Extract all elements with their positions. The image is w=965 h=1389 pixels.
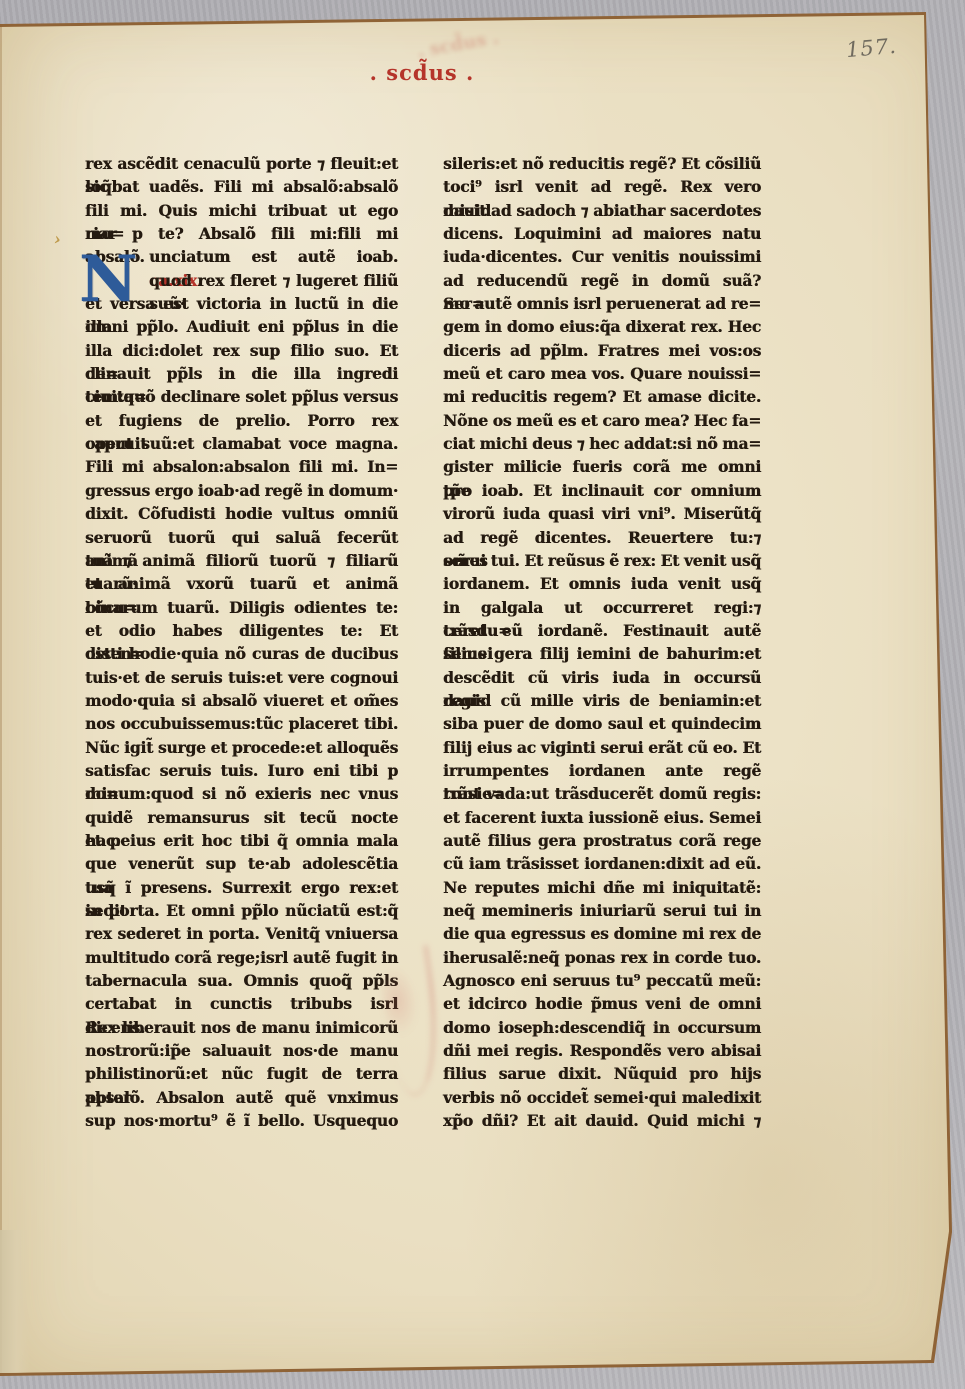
text-line: autẽ filius gera prostratus corã rege	[443, 829, 761, 852]
text-line: in galgala ut occurreret regi:⁊ trãsdu=	[443, 596, 761, 619]
text-line: minum:quod si nõ exieris nec vnus	[85, 782, 398, 805]
text-line: modo·quia si absalõ viueret et om̃es	[85, 689, 398, 712]
text-line: tabernacula sua. Omnis quoq̃ pp̃ls	[85, 969, 398, 992]
text-line: Agnosco eni seruus tu⁹ peccatũ meũ:	[443, 969, 761, 992]
text-line: seruorũ tuorũ qui saluã fecerũt animã	[85, 526, 398, 549]
text-line: diceris ad pp̃lm. Fratres mei vos:os	[443, 339, 761, 362]
text-line: pro ioab. Et inclinauit cor omnium	[443, 479, 761, 502]
text-line: et fugiens de prelio. Porro rex operuit	[85, 409, 398, 432]
text-line: usq̃ ĩ presens. Surrexit ergo rex:et sed…	[85, 876, 398, 899]
text-line: cũ iam trãsisset iordanen:dixit ad eũ.	[443, 852, 761, 875]
text-line: et animã vxorũ tuarũ et animã cõcu=	[85, 572, 398, 595]
text-line: toci⁹ isrl venit ad regẽ. Rex vero dauid	[443, 175, 761, 198]
text-line: fili mi. Quis michi tribuat ut ego mo=	[85, 199, 398, 222]
illuminated-initial: N	[79, 238, 143, 334]
text-line: dñi mei regis. Respondẽs vero abisai	[443, 1039, 761, 1062]
text-line: meũ et caro mea vos. Quare nouissi=	[443, 362, 761, 385]
text-line: filius gera filij iemini de bahurim:et	[443, 642, 761, 665]
text-line: domo ioseph:descendiq̃ in occursum	[443, 1016, 761, 1039]
text-line: loq̃bat uadẽs. Fili mi absalõ:absalõ	[85, 175, 398, 198]
text-line: tem:quõ declinare solet pp̃lus versus	[85, 385, 398, 408]
text-line: philistinorũ:et nũc fugit de terra ppter	[85, 1062, 398, 1085]
text-line: multitudo corã rege;isrl autẽ fugit in	[85, 946, 398, 969]
text-line: sup nos·mortu⁹ ẽ ĩ bello. Usquequo	[85, 1109, 398, 1132]
text-line: Fili mi absalon:absalon fili mi. In=	[85, 455, 398, 478]
text-line: satisfac seruis tuis. Iuro eni tibi p do…	[85, 759, 398, 782]
text-line: iuda·dicentes. Cur venitis nouissimi	[443, 245, 761, 268]
text-line: verbis nõ occidet̃ semei·qui maledixit	[443, 1086, 761, 1109]
text-line: illa dici:dolet rex sup filio suo. Et de…	[85, 339, 398, 362]
text-line: nostrorũ:ip̃e saluauit nos·de manu	[85, 1039, 398, 1062]
margin-mark: ›	[52, 230, 63, 251]
text-line: mi reducitis regem? Et amase dicite.	[443, 385, 761, 408]
text-line: rex sederet in porta. Venitq̃ vniuersa	[85, 922, 398, 945]
text-line: xp̃o dñi? Et ait dauid. Quid michi ⁊	[443, 1109, 761, 1132]
text-line: dicens. Loquimini ad maiores natu	[443, 222, 761, 245]
text-line: Ne reputes michi dñe mi iniquitatẽ:	[443, 876, 761, 899]
text-line: filij eius ac viginti serui erãt cũ eo. …	[443, 736, 761, 759]
text-line: runt vada:ut trãsducerẽt domũ regis:	[443, 782, 761, 805]
text-line: ad regẽ dicentes. Reuertere tu:⁊ om̃es	[443, 526, 761, 549]
text-line: mo autẽ omnis isrl peruenerat ad re=	[443, 292, 761, 315]
text-line: dauid cũ mille viris de beniamin:et	[443, 689, 761, 712]
text-line: ceret eũ iordanẽ. Festinauit autẽ semei	[443, 619, 761, 642]
text-line: siba puer de domo saul et quindecim	[443, 712, 761, 735]
text-line: virorũ iuda quasi viri vni⁹. Miserũtq̃	[443, 502, 761, 525]
text-column-left: N rex ascẽdit cenaculũ porte ⁊ fleuit:et…	[85, 152, 398, 1132]
text-line: irrumpentes iordanen ante regẽ trãsie=	[443, 759, 761, 782]
text-line: Rex liberauit nos de manu inimicorũ	[85, 1016, 398, 1039]
text-line: neq̃ memineris iniuriarũ serui tui in	[443, 899, 761, 922]
text-line: ad reducendũ regẽ in domũ suã? Ser=	[443, 269, 761, 292]
text-line: serui tui. Et reũsus ẽ rex: Et venit usq…	[443, 549, 761, 572]
text-line: in porta. Et omni pp̃lo nũciatũ est:q̃	[85, 899, 398, 922]
text-line: disti hodie·quia nõ curas de ducibus	[85, 642, 398, 665]
text-line: et idcirco hodie p̃mus veni de omni	[443, 992, 761, 1015]
text-line: nos occubuissemus:tũc placeret tibi.	[85, 712, 398, 735]
text-line: descẽdit cũ viris iuda in occursũ regis	[443, 666, 761, 689]
text-line: iordanem. Et omnis iuda venit usq̃	[443, 572, 761, 595]
manuscript-page: . scd̃us . . scd̃us . 157. › N rex ascẽd…	[0, 0, 965, 1389]
text-line: gressus ergo ioab·ad regẽ in domum·	[85, 479, 398, 502]
text-column-right: sileris:et nõ reducitis regẽ? Et cõsiliũ…	[443, 152, 761, 1132]
text-line: tuã ⁊ animã filiorũ tuorũ ⁊ filiarũ tuar…	[85, 549, 398, 572]
text-line: iherusalẽ:neq̃ ponas rex in corde tuo.	[443, 946, 761, 969]
running-title: . scd̃us .	[362, 60, 482, 85]
gutter-curl	[0, 1230, 30, 1389]
text-line: binarum tuarũ. Diligis odientes te:	[85, 596, 398, 619]
text-line: quidẽ remansurus sit tecũ nocte hac:	[85, 806, 398, 829]
text-line: et odio habes diligentes te: Et osten=	[85, 619, 398, 642]
text-line: dixit. Cõfudisti hodie vultus omniũ	[85, 502, 398, 525]
text-line: clinauit pp̃ls in die illa ingredi ciuit…	[85, 362, 398, 385]
text-line: absalõ. Absalon autẽ quẽ vnximus	[85, 1086, 398, 1109]
text-line: et facerent iuxta iussionẽ eius. Semei	[443, 806, 761, 829]
text-line: misit ad sadoch ⁊ abiathar sacerdotes	[443, 199, 761, 222]
text-line: filius sarue dixit. Nũquid pro hijs	[443, 1062, 761, 1085]
text-line: Nũc igit̃ surge et procede:et alloquẽs	[85, 736, 398, 759]
text-line: et peius erit hoc tibi q̃ omnia mala	[85, 829, 398, 852]
text-line: sileris:et nõ reducitis regẽ? Et cõsiliũ	[443, 152, 761, 175]
text-line: Nõne os meũ es et caro mea? Hec fa=	[443, 409, 761, 432]
text-line: ciat michi deus ⁊ hec addat:si nõ ma=	[443, 432, 761, 455]
text-line: que venerũt sup te·ab adolescẽtia tua	[85, 852, 398, 875]
text-line: tuis·et de seruis tuis:et vere cognoui	[85, 666, 398, 689]
manuscript-photo: { "page": { "running_title": ". scd̃us .…	[0, 0, 965, 1389]
text-line: caput suũ:et clamabat voce magna.	[85, 432, 398, 455]
text-line: certabat in cunctis tribubs isrl dicens.	[85, 992, 398, 1015]
text-line: die qua egressus es domine mi rex de	[443, 922, 761, 945]
folio-number: 157.	[845, 34, 898, 62]
text-line: gem in domo eius:q̃a dixerat rex. Hec	[443, 315, 761, 338]
text-line: gister milicie fueris corã me omni tp̃e	[443, 455, 761, 478]
text-line: rex ascẽdit cenaculũ porte ⁊ fleuit:et s…	[85, 152, 398, 175]
